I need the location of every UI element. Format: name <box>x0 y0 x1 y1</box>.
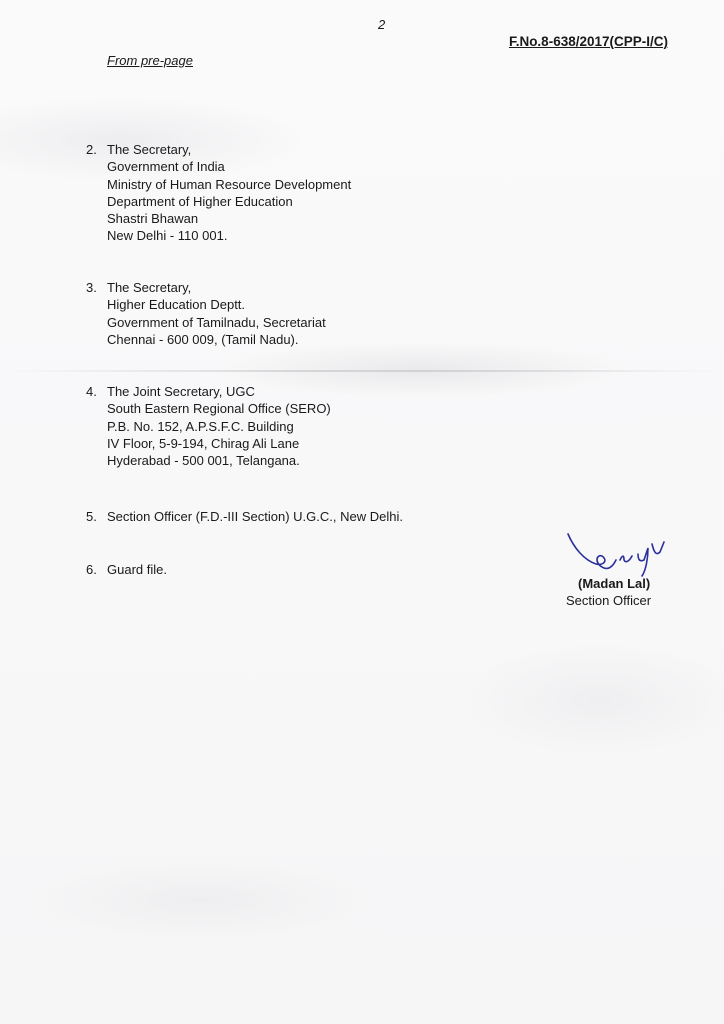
paper-fold-line <box>0 370 724 372</box>
item-number: 2. <box>86 141 107 245</box>
address-line: Department of Higher Education <box>107 193 351 210</box>
address-line: Shastri Bhawan <box>107 210 351 227</box>
address-line: Government of India <box>107 158 351 175</box>
item-number: 4. <box>86 383 107 469</box>
item-number: 5. <box>86 508 107 525</box>
address-line: Guard file. <box>107 561 167 578</box>
address-line: Higher Education Deptt. <box>107 296 326 313</box>
item-number: 3. <box>86 279 107 348</box>
address-line: South Eastern Regional Office (SERO) <box>107 400 331 417</box>
recipient-item: 6. Guard file. <box>86 561 167 578</box>
signatory-name: (Madan Lal) <box>578 576 650 591</box>
address-line: The Secretary, <box>107 279 326 296</box>
recipient-item: 3. The Secretary, Higher Education Deptt… <box>86 279 326 348</box>
address-line: Government of Tamilnadu, Secretariat <box>107 314 326 331</box>
address-line: Chennai - 600 009, (Tamil Nadu). <box>107 331 326 348</box>
address-line: P.B. No. 152, A.P.S.F.C. Building <box>107 418 331 435</box>
address-line: Ministry of Human Resource Development <box>107 176 351 193</box>
file-number: F.No.8-638/2017(CPP-I/C) <box>509 34 668 49</box>
address-line: New Delhi - 110 001. <box>107 227 351 244</box>
address-line: Section Officer (F.D.-III Section) U.G.C… <box>107 508 403 525</box>
continued-from-label: From pre-page <box>107 53 193 68</box>
signatory-designation: Section Officer <box>566 593 651 608</box>
recipient-item: 2. The Secretary, Government of India Mi… <box>86 141 351 245</box>
page-number: 2 <box>378 17 385 32</box>
handwritten-signature-icon <box>564 530 674 580</box>
address-line: IV Floor, 5-9-194, Chirag Ali Lane <box>107 435 331 452</box>
item-number: 6. <box>86 561 107 578</box>
recipient-item: 4. The Joint Secretary, UGC South Easter… <box>86 383 331 469</box>
address-line: Hyderabad - 500 001, Telangana. <box>107 452 331 469</box>
address-line: The Joint Secretary, UGC <box>107 383 331 400</box>
recipient-item: 5. Section Officer (F.D.-III Section) U.… <box>86 508 403 525</box>
address-line: The Secretary, <box>107 141 351 158</box>
